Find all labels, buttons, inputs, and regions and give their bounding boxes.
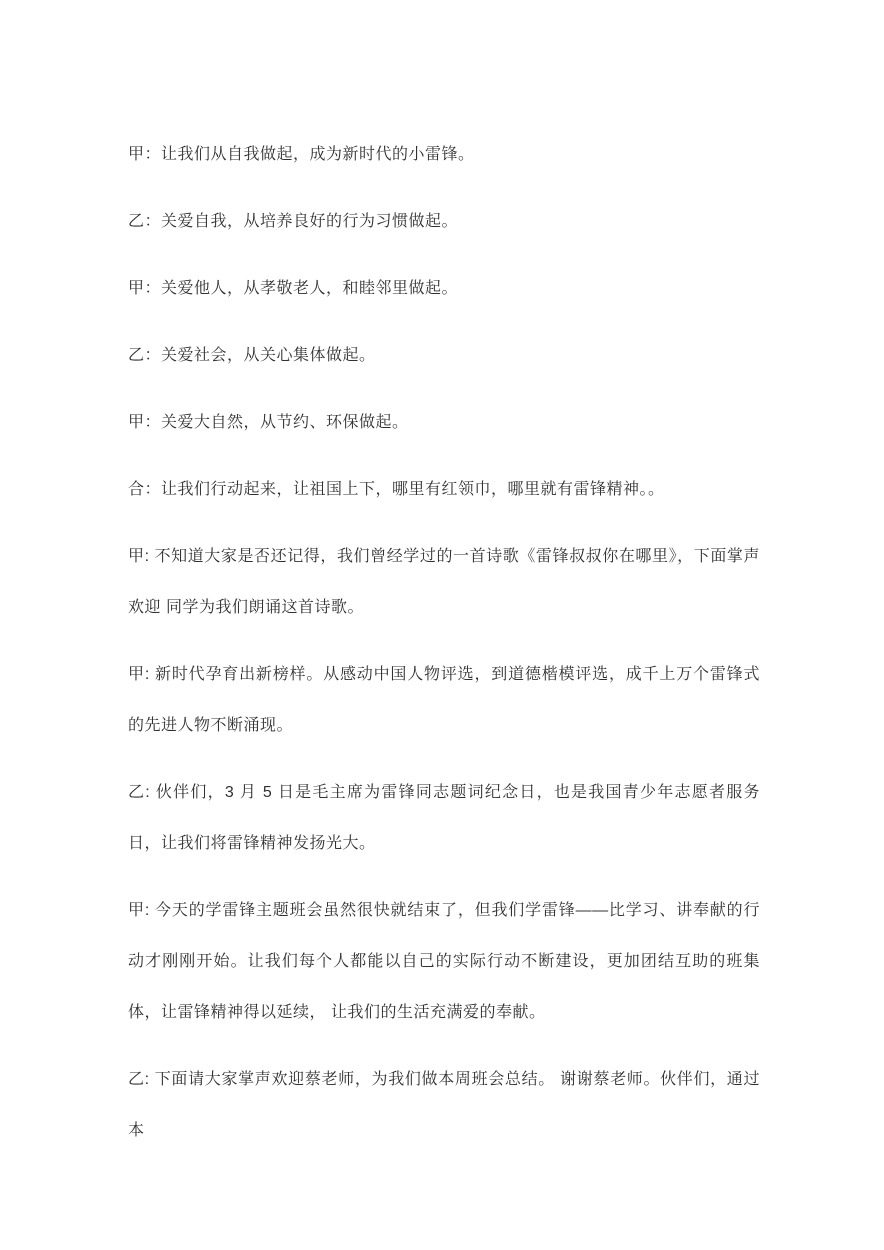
dialogue-paragraph-10: 甲: 今天的学雷锋主题班会虽然很快就结束了，但我们学雷锋——比学习、讲奉献的行动…	[128, 885, 760, 1038]
dialogue-paragraph-4: 乙：关爱社会，从关心集体做起。	[128, 330, 760, 381]
dialogue-paragraph-11: 乙: 下面请大家掌声欢迎蔡老师，为我们做本周班会总结。 谢谢蔡老师。伙伴们，通过…	[128, 1054, 760, 1156]
paragraph-text: 让我们从自我做起，成为新时代的小雷锋。	[161, 146, 475, 163]
dialogue-paragraph-8: 甲: 新时代孕育出新榜样。从感动中国人物评选，到道德楷模评选，成千上万个雷锋式的…	[128, 649, 760, 751]
dialogue-paragraph-2: 乙：关爱自我，从培养良好的行为习惯做起。	[128, 196, 760, 247]
dialogue-paragraph-9: 乙: 伙伴们，3 月 5 日是毛主席为雷锋同志题词纪念日，也是我国青少年志愿者服…	[128, 767, 760, 869]
dialogue-paragraph-6: 合：让我们行动起来，让祖国上下，哪里有红领巾，哪里就有雷锋精神。。	[128, 464, 760, 515]
speaker-label: 甲:	[128, 902, 155, 919]
paragraph-text: 让我们行动起来，让祖国上下，哪里有红领巾，哪里就有雷锋精神。。	[161, 481, 665, 498]
paragraph-text: 新时代孕育出新榜样。从感动中国人物评选，到道德楷模评选，成千上万个雷锋式的先进人…	[128, 666, 760, 734]
paragraph-text: 关爱大自然，从节约、环保做起。	[161, 414, 409, 431]
dialogue-paragraph-3: 甲：关爱他人，从孝敬老人，和睦邻里做起。	[128, 263, 760, 314]
speaker-label: 甲：	[128, 146, 161, 163]
speaker-label: 乙:	[128, 784, 156, 801]
speaker-label: 合：	[128, 481, 161, 498]
paragraph-text: 关爱自我，从培养良好的行为习惯做起。	[161, 213, 458, 230]
dialogue-paragraph-5: 甲：关爱大自然，从节约、环保做起。	[128, 397, 760, 448]
paragraph-text: 不知道大家是否还记得，我们曾经学过的一首诗歌《雷锋叔叔你在哪里》，下面掌声欢迎 …	[128, 548, 760, 616]
speaker-label: 甲：	[128, 414, 161, 431]
speaker-label: 乙：	[128, 347, 161, 364]
speaker-label: 甲:	[128, 548, 155, 565]
paragraph-text: 伙伴们，3 月 5 日是毛主席为雷锋同志题词纪念日，也是我国青少年志愿者服务日，…	[128, 784, 760, 852]
paragraph-text: 下面请大家掌声欢迎蔡老师，为我们做本周班会总结。 谢谢蔡老师。伙伴们，通过本	[128, 1071, 760, 1139]
speaker-label: 甲：	[128, 280, 161, 297]
paragraph-text: 今天的学雷锋主题班会虽然很快就结束了，但我们学雷锋——比学习、讲奉献的行动才刚刚…	[128, 902, 760, 1021]
paragraph-text: 关爱社会，从关心集体做起。	[161, 347, 376, 364]
dialogue-paragraph-1: 甲：让我们从自我做起，成为新时代的小雷锋。	[128, 129, 760, 180]
speaker-label: 甲:	[128, 666, 155, 683]
speaker-label: 乙：	[128, 213, 161, 230]
dialogue-paragraph-7: 甲: 不知道大家是否还记得，我们曾经学过的一首诗歌《雷锋叔叔你在哪里》，下面掌声…	[128, 531, 760, 633]
paragraph-text: 关爱他人，从孝敬老人，和睦邻里做起。	[161, 280, 458, 297]
document-page: 甲：让我们从自我做起，成为新时代的小雷锋。 乙：关爱自我，从培养良好的行为习惯做…	[0, 0, 884, 1250]
speaker-label: 乙:	[128, 1071, 155, 1088]
